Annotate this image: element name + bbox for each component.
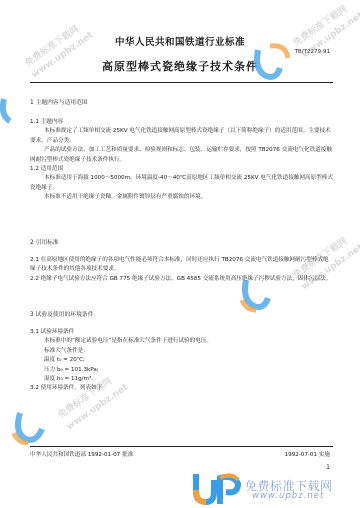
page-number: 1 [326,464,330,471]
section-3-heading: 3 试验及使用的环境条件 [30,309,94,318]
section-2-body: 2.1 在高原地区使用的绝缘子的各项电气性能必须符合本标准，同时还应执行 TB2… [30,256,333,284]
temperature-value: 温度 t₀ = 20℃; [30,356,333,365]
section-2-2: 2.2 绝缘子电气试验方法应符合 GB 775 绝缘子试验方法、GB 4585 … [30,275,333,284]
humidity-value: 湿度 h₀ = 11g/m³。 [30,375,333,384]
implementation-date: 1992-07-01 实施 [285,450,330,458]
pressure-value: 压力 b₀ = 101.3kPa; [30,366,333,375]
document-page: 中华人民共和国铁道行业标准 TB/T2279-91 高原型棒式瓷绝缘子技术条件 … [0,0,360,508]
section-1-1-paragraph-1: 本标准规定了工频单相交流 25KV 电气化铁道接触网高原型棒式瓷绝缘子（以下简称… [30,127,333,146]
section-1-1-heading: 1.1 主题内容 [30,118,333,127]
section-2-heading: 2 引用标准 [30,237,59,246]
brand-logo-icon [190,470,242,506]
footer-divider [30,446,333,447]
section-1-heading: 1 主题内容与适用范围 [30,97,88,106]
document-title: 高原型棒式瓷绝缘子技术条件 [0,58,360,74]
watermark-logo-icon [10,405,54,445]
section-3-2-heading: 3.2 使用环境条件，列表如下 [30,384,333,393]
section-1-1-paragraph-2: 产品的试验方法、加工工艺和质量要求、检验规则和标志、包装、运输贮存要求，按照 T… [30,146,333,165]
section-3-1-heading: 3.1 试验环境条件 [30,328,333,337]
section-3-body: 3.1 试验环境条件 本标准中的“额定试验电压”是指在标准大气条件下进行试验的电… [30,328,333,394]
header-divider [30,82,333,83]
section-3-1-paragraph-1: 本标准中的“额定试验电压”是指在标准大气条件下进行试验的电压。 [30,337,333,346]
section-1-body: 1.1 主题内容 本标准规定了工频单相交流 25KV 电气化铁道接触网高原型棒式… [30,118,333,203]
brand-url: www.upbz.net [252,491,324,501]
section-1-2-paragraph-2: 本标准不适用于绝缘子瓷釉。金属附件镀锌层有严重腐蚀的环境。 [30,193,333,202]
section-2-1: 2.1 在高原地区使用的绝缘子的各项电气性能必须符合本标准，同时还应执行 TB2… [30,256,333,275]
issuing-organization: 中华人民共和国铁道行业标准 [0,34,360,48]
section-1-2-heading: 1.2 适用范围 [30,165,333,174]
approval-note: 中华人民共和国铁道部 1992-01-07 批准 [30,450,133,458]
standard-atmosphere-label: 标准大气条件是： [30,347,333,356]
standard-number: TB/T2279-91 [295,49,330,55]
watermark-logo-icon [0,95,28,125]
section-1-2-paragraph-1: 本标准适用于海拔 1000～5000m、环境温度-40～40℃高原地区工频单相交… [30,174,333,193]
